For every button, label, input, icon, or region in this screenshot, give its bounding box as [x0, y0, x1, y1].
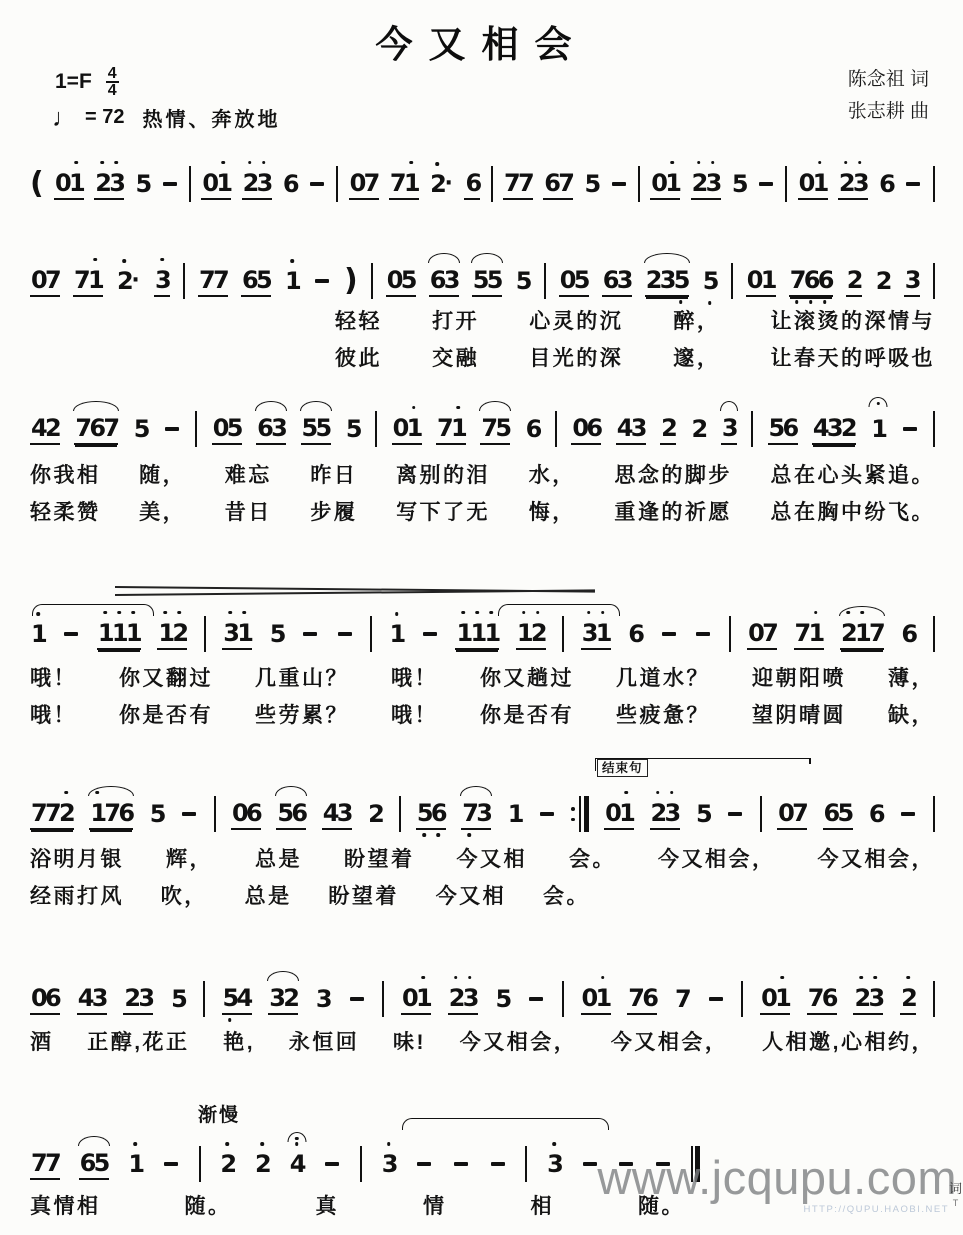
lyrics-row: 轻柔赞美，昔日步履写下了无悔，重逢的祈愿总在胸中纷飞。	[30, 496, 935, 526]
note-group: 01	[604, 799, 634, 830]
lyric-segment: 难忘	[225, 459, 272, 489]
note-group: 1	[30, 620, 46, 648]
note-group: 3	[315, 985, 331, 1013]
note-digit: 1	[855, 619, 869, 647]
note-digit: 5	[316, 414, 330, 442]
octave-dot-above	[456, 406, 460, 410]
note-digit: 4	[617, 414, 631, 442]
note-digit: 0	[799, 169, 813, 197]
note-digit: 1	[871, 415, 885, 443]
note-group: 6	[525, 415, 541, 443]
note-group: 73	[461, 799, 491, 830]
note-digit: 1	[809, 619, 823, 647]
note-group: 772	[30, 799, 74, 830]
note-group: 77	[503, 169, 533, 200]
note-digit: 6	[45, 984, 59, 1012]
lyric-segment: 你是否有	[119, 699, 213, 729]
note-digit: 6	[430, 266, 444, 294]
note-group: 07	[777, 799, 807, 830]
lyric-segment: 些疲惫？	[616, 699, 710, 729]
note-digit: 0	[605, 799, 619, 827]
note-digit: 5	[732, 170, 746, 198]
note-group: 2	[690, 415, 706, 443]
note-digit: 5	[574, 266, 588, 294]
octave-dot-above	[671, 161, 675, 165]
octave-dot-above	[454, 976, 458, 980]
note-group: 01	[650, 169, 680, 200]
note-group: 01	[581, 984, 611, 1015]
octave-dot-above	[814, 611, 818, 615]
note-digit: 1	[416, 984, 430, 1012]
note-digit: 7	[104, 799, 118, 827]
lyric-segment: 离别的泪	[396, 459, 490, 489]
note-digit: 5	[487, 266, 501, 294]
note-digit: 7	[675, 985, 689, 1013]
lyric-segment: 哦！	[391, 699, 438, 729]
slur-arc	[471, 253, 503, 263]
note-group: 31	[222, 619, 252, 650]
octave-dot-above	[164, 611, 168, 615]
note-digit: 1	[813, 169, 827, 197]
note-group: 1	[127, 1150, 143, 1178]
slur-arc	[300, 401, 332, 411]
watermark-url: HTTP://QUPU.HAOBI.NET	[803, 1204, 949, 1215]
note-digit: 0	[202, 169, 216, 197]
note-group: 01	[798, 169, 828, 200]
lyric-segment: 几重山？	[255, 662, 349, 692]
note-digit: 7	[481, 414, 495, 442]
octave-dot-above	[552, 1142, 556, 1146]
music-system-4: 11111231511111231607712176哦！你又翻过几重山？哦！你又…	[30, 602, 935, 652]
note-group: 23	[94, 169, 124, 200]
octave-dot-above	[134, 1142, 138, 1146]
note-digit: 0	[761, 984, 775, 1012]
repeat-sign	[571, 796, 588, 832]
note-digit: 6	[869, 800, 883, 828]
duration-dash	[583, 1162, 597, 1165]
note-digit: 7	[462, 799, 476, 827]
note-group: 05	[386, 266, 416, 297]
lyric-segment: 薄，	[888, 662, 935, 692]
note-digit: 2	[59, 799, 73, 827]
note-group: 2	[219, 1150, 235, 1178]
note-digit: 4	[237, 984, 251, 1012]
note-digit: 1	[470, 619, 484, 647]
barline	[382, 981, 384, 1017]
lyric-segment: 今又相会，	[460, 1026, 578, 1056]
lyric-segment: 今又相会，	[658, 843, 776, 873]
lyric-segment: 真情相	[30, 1190, 101, 1220]
note-digit: 0	[560, 266, 574, 294]
lyric-segment: 今又相	[457, 843, 528, 873]
note-digit: 1	[390, 620, 404, 648]
note-group: 2	[660, 414, 676, 445]
octave-dot-above	[295, 1142, 299, 1146]
repeat-dots	[571, 807, 575, 822]
note-digit: 3	[665, 799, 679, 827]
note-digit: 2	[854, 984, 868, 1012]
note-digit: 3	[155, 266, 169, 294]
music-system-6: 06432355432301235017670176232酒正醇,花正艳,永恒回…	[30, 967, 935, 1017]
note-digit: 0	[31, 984, 45, 1012]
octave-dot-below	[422, 833, 426, 837]
lyric-segment: 盼望着	[328, 880, 399, 910]
note-group: 5	[702, 267, 718, 295]
note-digit: 4	[78, 984, 92, 1012]
lyric-segment: 迎朝阳喷	[752, 662, 846, 692]
lyric-segment: 交融	[432, 342, 479, 372]
lyric-segment: 哦！	[391, 662, 438, 692]
barline	[189, 166, 191, 202]
note-digit: 2	[901, 984, 915, 1012]
note-digit: 7	[45, 1149, 59, 1177]
note-digit: 6	[628, 620, 642, 648]
lyric-segment: 让春天的呼吸也	[771, 342, 936, 372]
note-digit: 6	[783, 414, 797, 442]
music-system-1: (012350123607712·6776750123501236	[30, 152, 935, 202]
octave-dot-above	[242, 611, 246, 615]
note-group: 6	[464, 169, 480, 200]
barline	[491, 166, 493, 202]
note-digit: 2	[847, 266, 861, 294]
ending-bracket: 结束句	[595, 758, 811, 771]
note-digit: 5	[696, 800, 710, 828]
note-digit: 0	[55, 169, 69, 197]
note-group: 1	[389, 620, 405, 648]
note-digit: 2	[661, 414, 675, 442]
note-digit: 0	[778, 799, 792, 827]
note-digit: 1	[407, 414, 421, 442]
note-digit: 5	[473, 266, 487, 294]
note-group: 23	[123, 984, 153, 1015]
note-digit: 0	[393, 414, 407, 442]
barline	[525, 1146, 527, 1182]
lyric-segment: 哦！	[30, 662, 77, 692]
note-group: 5	[731, 170, 747, 198]
note-digit: 2	[45, 414, 59, 442]
note-group: 767	[74, 414, 118, 445]
lyric-segment: 彼此	[335, 342, 382, 372]
barline	[933, 981, 935, 1017]
note-digit: 6	[586, 414, 600, 442]
octave-dot-above	[656, 791, 660, 795]
note-group: 6	[868, 800, 884, 828]
note-digit: 5	[256, 266, 270, 294]
octave-dot-above	[601, 976, 605, 980]
lyric-segment: 水，	[529, 459, 576, 489]
notation-row: (012350123607712·6776750123501236	[30, 166, 935, 202]
note-digit: 3	[631, 414, 645, 442]
note-digit: 1	[404, 169, 418, 197]
note-digit: 3	[444, 266, 458, 294]
slur-arc	[73, 401, 119, 411]
octave-dot-above	[248, 161, 252, 165]
lyric-segment: 总在胸中纷飞。	[770, 496, 935, 526]
note-digit: 2	[449, 984, 463, 1012]
note-group: 23	[691, 169, 721, 200]
note-digit: 1	[112, 619, 126, 647]
duration-dash	[709, 997, 723, 1000]
barline	[933, 166, 935, 202]
lyric-segment: 轻柔赞	[30, 496, 101, 526]
note-digit: 4	[31, 414, 45, 442]
duration-dash	[903, 427, 917, 430]
lyrics-row: 浴明月银辉，总是盼望着今又相会。今又相会，今又相会，	[30, 843, 935, 873]
slur-arc	[839, 606, 885, 616]
note-digit: 2	[876, 267, 890, 295]
note-digit: 2	[255, 1150, 269, 1178]
note-group: 01	[54, 169, 84, 200]
duration-dash	[728, 812, 742, 815]
note-digit: 2	[531, 619, 545, 647]
note-group: 111	[455, 619, 499, 650]
octave-dot-below	[795, 300, 799, 304]
slur-arc	[88, 786, 134, 796]
note-group: 43	[322, 799, 352, 830]
lyrics-row: 真情相随。真情相随。	[30, 1190, 685, 1220]
watermark-edge-char2: T	[948, 1196, 963, 1210]
lyric-segment: 让滚烫的深情与	[771, 305, 936, 335]
note-digit: 6	[603, 266, 617, 294]
sheet-page: 今又相会 1=F 4 4 ♩ = 72 热情、奔放地 陈念祖 词 张志耕 曲 (…	[0, 0, 963, 1235]
octave-dot-above	[858, 161, 862, 165]
note-group: 77	[198, 266, 228, 297]
note-digit: 5	[223, 984, 237, 1012]
note-digit: 7	[869, 619, 883, 647]
note-group: 2	[254, 1150, 270, 1178]
octave-dot-above	[228, 611, 232, 615]
note-group: 01	[201, 169, 231, 200]
parenthesis: )	[344, 266, 358, 296]
note-group: 71	[389, 169, 419, 200]
note-group: 3	[904, 266, 920, 297]
octave-dot-above	[160, 258, 164, 262]
note-digit: 3	[271, 414, 285, 442]
lyric-segment: 经雨打风	[30, 880, 124, 910]
octave-dot-above	[395, 612, 399, 616]
note-digit: 0	[572, 414, 586, 442]
crescendo-hairpin	[115, 586, 595, 596]
slur-arc	[644, 253, 690, 263]
note-digit: 3	[269, 984, 283, 1012]
note-digit: 7	[45, 266, 59, 294]
note-digit: 7	[103, 414, 117, 442]
parenthesis: (	[30, 169, 44, 199]
note-digit: 0	[232, 799, 246, 827]
lyrics-row: 经雨打风吹，总是盼望着今又相会。	[30, 880, 590, 910]
duration-dash	[303, 632, 317, 635]
ending-bracket-label: 结束句	[597, 759, 648, 777]
note-digit: 2	[95, 169, 109, 197]
duration-dash	[325, 1162, 339, 1165]
note-group: 07	[349, 169, 379, 200]
note-digit: 3	[92, 984, 106, 1012]
note-digit: 7	[390, 169, 404, 197]
note-group: 55	[301, 414, 331, 445]
note-group: 6	[282, 170, 298, 198]
note-digit: 3	[476, 799, 490, 827]
lyric-segment: 今又相	[436, 880, 507, 910]
lyric-segment: 真	[316, 1190, 340, 1220]
octave-dot-below	[809, 300, 813, 304]
lyric-segment: 轻轻	[335, 305, 382, 335]
octave-dot-above	[462, 611, 466, 615]
duration-dash	[338, 632, 352, 635]
note-digit: 3	[382, 1150, 396, 1178]
note-group: 3	[546, 1150, 562, 1178]
octave-dot-above	[100, 161, 104, 165]
barline	[360, 1146, 362, 1182]
notation-row: 07712·377651)05635550563235501766223	[30, 263, 935, 299]
note-digit: 1	[596, 984, 610, 1012]
note-digit: 0	[651, 169, 665, 197]
note-group: 05	[559, 266, 589, 297]
slur-arc	[720, 401, 738, 411]
barline	[195, 411, 197, 447]
barline	[562, 616, 564, 652]
note-digit: 6	[642, 984, 656, 1012]
slur-arc	[275, 786, 307, 796]
note-digit: 1	[88, 266, 102, 294]
slur-arc	[255, 401, 287, 411]
fermata	[869, 397, 888, 407]
lyric-segment: 悔，	[529, 496, 576, 526]
lyric-segment: 昨日	[310, 459, 357, 489]
barline	[214, 796, 216, 832]
note-group: 65	[241, 266, 271, 297]
note-digit: 7	[364, 169, 378, 197]
lyric-segment: 重逢的祈愿	[614, 496, 732, 526]
note-group: 65	[79, 1149, 109, 1180]
note-digit: 5	[277, 799, 291, 827]
lyric-segment: 思念的脚步	[614, 459, 732, 489]
note-digit: 5	[401, 266, 415, 294]
note-digit: 3	[257, 169, 271, 197]
note-group: 01	[746, 266, 776, 297]
note-group: 3	[381, 1150, 397, 1178]
note-digit: 1	[665, 169, 679, 197]
octave-dot-below	[679, 300, 683, 304]
octave-dot-above	[468, 976, 472, 980]
score: (012350123607712·677675012350123607712·3…	[0, 0, 963, 1235]
note-digit: 7	[792, 799, 806, 827]
note-group: 5	[345, 415, 361, 443]
note-digit: 3	[868, 984, 882, 1012]
barline	[785, 166, 787, 202]
note-digit: 1	[126, 619, 140, 647]
octave-dot-above	[226, 1142, 230, 1146]
note-group: 01	[760, 984, 790, 1015]
note-group: 71	[794, 619, 824, 650]
barline	[555, 411, 557, 447]
note-group: 05	[212, 414, 242, 445]
note-group: 217	[840, 619, 884, 650]
note-digit: 7	[504, 169, 518, 197]
note-digit: 2	[691, 415, 705, 443]
lyric-segment: 你又翻过	[119, 662, 213, 692]
note-group: 06	[30, 984, 60, 1015]
note-group: 6	[900, 620, 916, 648]
note-digit: 0	[31, 266, 45, 294]
lyric-segment: 美，	[139, 496, 186, 526]
note-digit: 1	[517, 619, 531, 647]
note-group: 01	[401, 984, 431, 1015]
note-group: 67	[543, 169, 573, 200]
note-digit: 5	[346, 415, 360, 443]
note-digit: 1	[128, 1150, 142, 1178]
lyric-segment: 随。	[185, 1190, 232, 1220]
note-digit: 6	[822, 984, 836, 1012]
duration-dash	[423, 632, 437, 635]
note-group: 07	[747, 619, 777, 650]
duration-dash	[315, 279, 329, 282]
duration-dash	[454, 1162, 468, 1165]
duration-dash	[759, 182, 773, 185]
note-group: 23	[650, 799, 680, 830]
octave-dot-above	[290, 259, 294, 263]
octave-dot-above	[222, 161, 226, 165]
note-digit: 7	[199, 266, 213, 294]
note-digit: 7	[213, 266, 227, 294]
octave-dot-above	[387, 1142, 391, 1146]
note-digit: 1	[158, 619, 172, 647]
tempo-change-label: 渐慢	[198, 1100, 240, 1127]
note-digit: 2	[117, 267, 131, 295]
note-digit: 7	[808, 984, 822, 1012]
note-group: 5	[170, 985, 186, 1013]
note-digit: 6	[80, 1149, 94, 1177]
lyric-segment: 总是	[255, 843, 302, 873]
note-digit: 0	[387, 266, 401, 294]
note-group: 55	[472, 266, 502, 297]
duration-dash	[491, 1162, 505, 1165]
lyric-segment: 总在心头紧追。	[770, 459, 935, 489]
note-group: 1	[870, 415, 886, 443]
note-group: 5	[135, 170, 151, 198]
lyric-segment: 盼望着	[344, 843, 415, 873]
note-group: 176	[89, 799, 133, 830]
lyric-segment: 些劳累？	[255, 699, 349, 729]
note-digit: 5	[227, 414, 241, 442]
duration-dash	[182, 812, 196, 815]
lyric-segment: 你我相	[30, 459, 101, 489]
note-digit: 6	[118, 799, 132, 827]
music-system-2: 07712·377651)05635550563235501766223轻轻打开…	[30, 249, 935, 299]
barline	[203, 981, 205, 1017]
lyric-segment: 今又相会，	[611, 1026, 729, 1056]
octave-dot-above	[64, 791, 68, 795]
lyric-segment: 今又相会，	[818, 843, 936, 873]
note-group: 2·	[429, 170, 454, 198]
duration-dash	[540, 812, 554, 815]
note-digit: 6	[246, 799, 260, 827]
note-digit: 7	[45, 799, 59, 827]
duration-dash	[529, 997, 543, 1000]
lyric-segment: 几道水？	[616, 662, 710, 692]
note-digit: 5	[516, 267, 530, 295]
note-digit: 3	[853, 169, 867, 197]
tie-arc	[498, 604, 620, 616]
octave-dot-above	[74, 161, 78, 165]
note-digit: 5	[171, 985, 185, 1013]
lyric-segment: 永恒回	[289, 1026, 360, 1056]
note-group: 71	[73, 266, 103, 297]
barline	[375, 411, 377, 447]
watermark-edge-mark: 词 T	[948, 1182, 963, 1210]
note-group: 71	[436, 414, 466, 445]
octave-dot-above	[874, 976, 878, 980]
note-digit: 5	[150, 800, 164, 828]
